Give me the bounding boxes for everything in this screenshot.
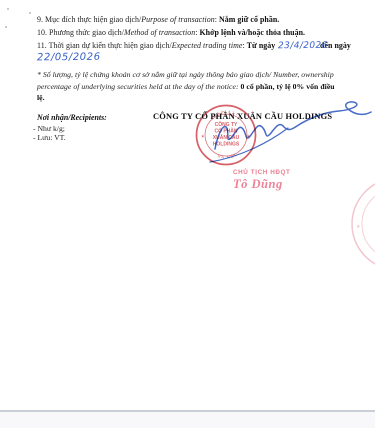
- footnote-line-1: * Số lượng, tỷ lệ chứng khoán cơ sở nắm …: [37, 70, 334, 79]
- footnote-line-3-bold: lệ.: [37, 93, 45, 102]
- signer-name: Tô Dũng: [233, 177, 283, 192]
- signer-title: CHỦ TỊCH HĐQT: [233, 169, 290, 176]
- seal-star-left: ★: [201, 134, 205, 139]
- clause-10-method: 10. Phương thức giao dịch/Method of tran…: [37, 28, 305, 37]
- seal-center-line-4: HOLDINGS: [213, 142, 240, 148]
- seal-center-line-3: XUÂN CẦU: [213, 134, 240, 141]
- clause-9-vn: 9. Mục đích thực hiện giao dịch/: [37, 15, 141, 24]
- seal-center-line-2: CỔ PHẦN: [214, 128, 237, 135]
- scan-speck: [7, 8, 9, 10]
- faint-seal-star: ★: [356, 224, 361, 230]
- footnote-line-2-italic: percentage of underlying securities held…: [37, 82, 241, 91]
- clause-10-en: Method of transaction: [124, 28, 195, 37]
- clause-10-vn: 10. Phương thức giao dịch/: [37, 28, 124, 37]
- clause-9-en: Purpose of transaction: [141, 15, 214, 24]
- faint-partial-seal: ★: [318, 168, 375, 283]
- svg-text:HÀ NỘI: HÀ NỘI: [217, 153, 237, 160]
- seal-center-line-1: CÔNG TY: [215, 120, 238, 128]
- seal-star-right: ★: [247, 134, 251, 139]
- clause-9-purpose: 9. Mục đích thực hiện giao dịch/Purpose …: [37, 15, 279, 24]
- footnote-line-2-bold: 0 cổ phần, tỷ lệ 0% vốn điều: [241, 82, 335, 91]
- footnote-line-3: lệ.: [37, 93, 45, 102]
- recipients-label: Nơi nhận/Recipients:: [37, 113, 107, 122]
- clause-11-en: Expected trading time: [172, 41, 243, 50]
- document-page: 9. Mục đích thực hiện giao dịch/Purpose …: [0, 0, 375, 412]
- company-seal-stamp: 0101417 HÀ NỘI ★ ★ CÔNG TY CỔ PHẦN XUÂN …: [193, 102, 259, 168]
- seal-rim-bottom-text: HÀ NỘI: [217, 153, 237, 160]
- scan-speck: [29, 12, 31, 14]
- clause-9-value: Nắm giữ cổ phần.: [219, 15, 279, 24]
- clause-11-vn: 11. Thời gian dự kiến thực hiện giao dịc…: [37, 41, 172, 50]
- from-date-label: Từ ngày: [247, 41, 278, 50]
- scanned-document-viewer: { "body": { "item9": { "vn": "9. Mục đíc…: [0, 0, 375, 428]
- clause-10-value: Khớp lệnh và/hoặc thỏa thuận.: [199, 28, 305, 37]
- recipient-item: - Lưu: VT.: [33, 133, 66, 142]
- clause-11-trading-time: 11. Thời gian dự kiến thực hiện giao dịc…: [37, 41, 351, 51]
- recipient-item: - Như k/g;: [33, 124, 65, 133]
- scan-speck: [5, 26, 7, 28]
- handwritten-date-from: 23/4/2026: [278, 41, 328, 51]
- handwritten-date-to: 22/05/2026: [37, 52, 101, 64]
- footnote-line-2: percentage of underlying securities held…: [37, 82, 335, 91]
